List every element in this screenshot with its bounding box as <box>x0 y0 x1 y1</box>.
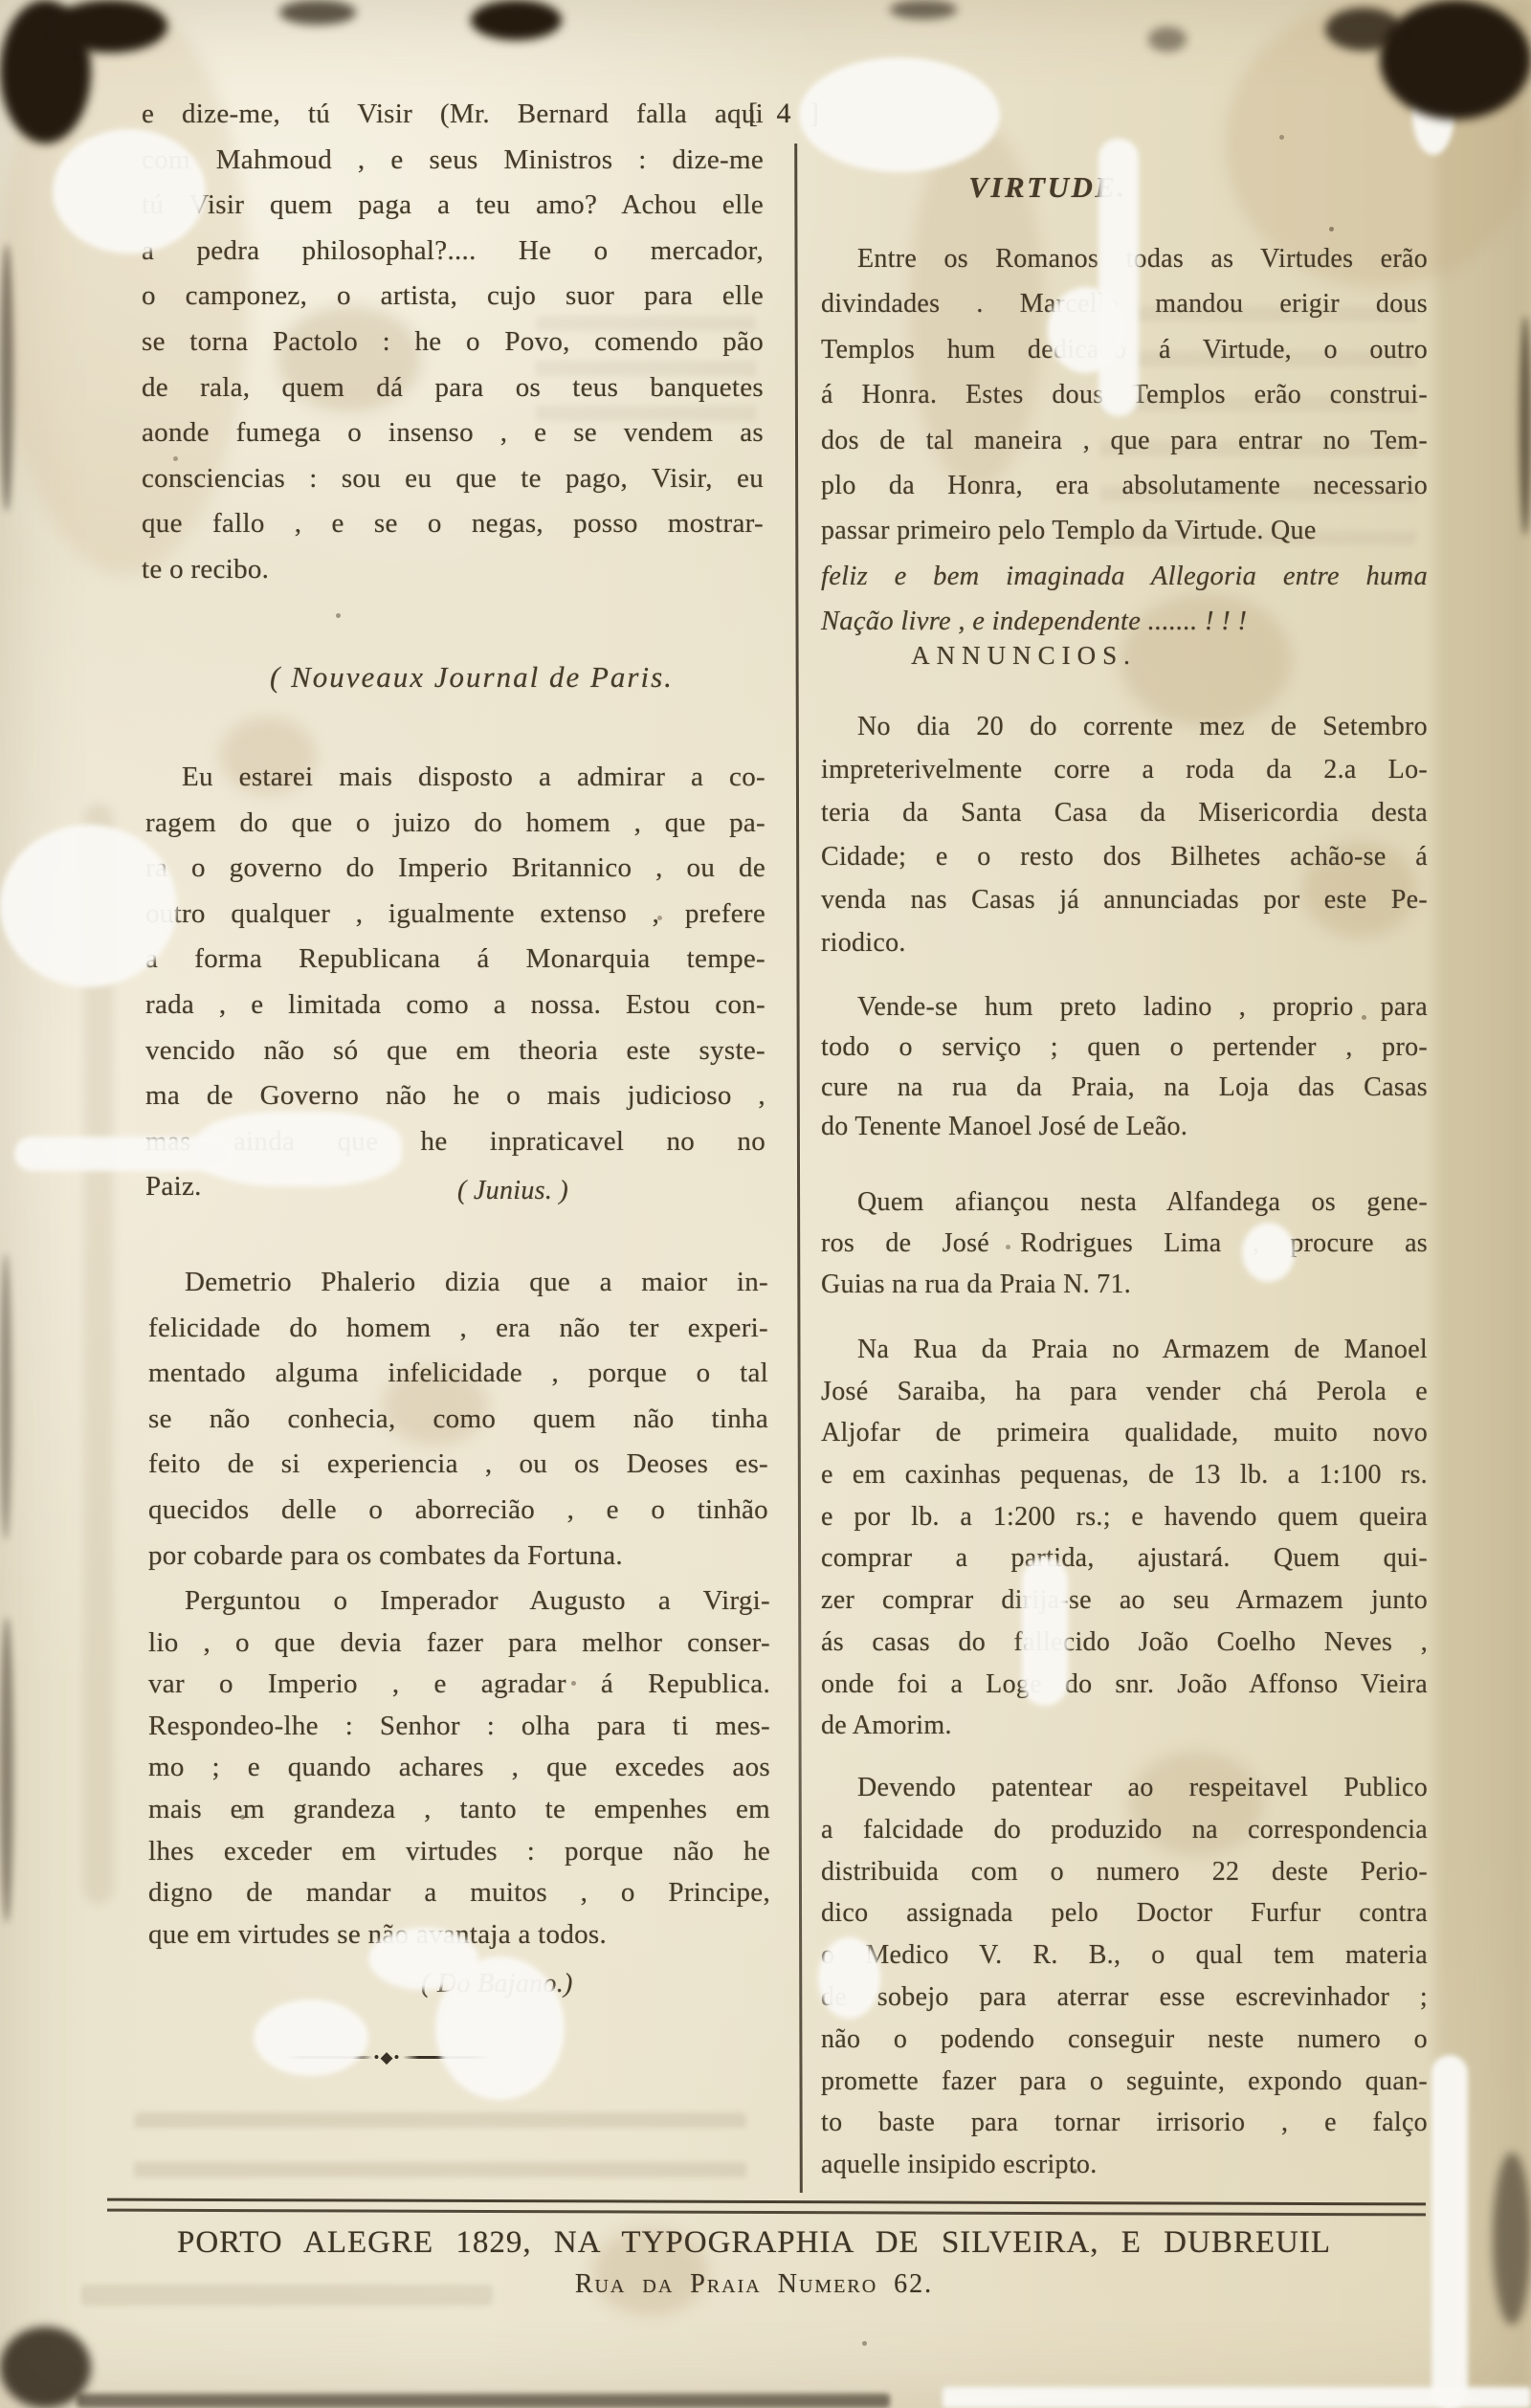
text-line: com Mahmoud , e seus Ministros : dize-me <box>142 138 764 184</box>
text-line: No dia 20 do corrente mez de Setembro <box>821 705 1428 748</box>
text-line: aquelle insipido escripto. <box>821 2144 1428 2186</box>
text-line: venda nas Casas já annunciadas por este … <box>821 878 1428 921</box>
text-line: e dize-me, tú Visir (Mr. Bernard falla a… <box>142 92 764 138</box>
text-line: todo o serviço ; quen o pertender , pro- <box>821 1027 1428 1068</box>
text-line: Guias na rua da Praia N. 71. <box>821 1264 1428 1305</box>
text-line: ás casas do fallecido João Coelho Neves … <box>821 1622 1428 1664</box>
left-para-demetrio-phalerio: Demetrio Phalerio dizia que a maior in-f… <box>148 1260 768 1579</box>
text-line: a falcidade do produzido na corresponden… <box>821 1809 1428 1851</box>
text-line: vencido não só que em theoria este syste… <box>145 1028 765 1074</box>
annuncio-cha-perola-armazem: Na Rua da Praia no Armazem de ManoelJosé… <box>821 1329 1428 1747</box>
text-line: de rala, quem dá para os teus banquetes <box>142 365 764 411</box>
text-line: passar primeiro pelo Templo da Virtude. … <box>821 508 1428 553</box>
text-line: e por lb. a 1:200 rs.; e havendo quem qu… <box>821 1496 1428 1538</box>
text-line: riodico. <box>821 921 1428 964</box>
ornament-rule-right <box>403 2056 491 2059</box>
annuncio-doctor-furfur-reply: Devendo patentear ao respeitavel Publico… <box>821 1767 1428 2186</box>
text-line: distribuida com o numero 22 deste Perio- <box>821 1851 1428 1893</box>
text-line: onde foi a Loge do snr. João Affonso Vie… <box>821 1664 1428 1706</box>
text-line: José Saraiba, ha para vender chá Perola … <box>821 1371 1428 1413</box>
text-line: tú Visir quem paga a teu amo? Achou elle <box>142 183 764 229</box>
text-line: por cobarde para os combates da Fortuna. <box>148 1534 768 1580</box>
text-line: feliz e bem imaginada Allegoria entre hu… <box>821 554 1428 599</box>
text-line: a forma Republicana á Monarquia tempe- <box>145 937 765 983</box>
annuncio-alfandega-guias: Quem afiançou nesta Alfandega os gene-ro… <box>821 1182 1428 1305</box>
text-line: consciencias : sou eu que te pago, Visir… <box>142 456 764 502</box>
text-line: zer comprar dirija-se ao seu Armazem jun… <box>821 1580 1428 1622</box>
annuncio-preto-ladino-sale: Vende-se hum preto ladino , proprio para… <box>821 987 1428 1147</box>
text-line: se torna Pactolo : he o Povo, comendo pã… <box>142 320 764 365</box>
citation-nouveaux-journal: ( Nouveaux Journal de Paris. <box>270 660 674 695</box>
text-line: se não conhecia, como quem não tinha <box>148 1397 768 1443</box>
text-line: o Medico V. R. B., o qual tem materia <box>821 1934 1428 1977</box>
text-line: Cidade; e o resto dos Bilhetes achão-se … <box>821 835 1428 878</box>
text-line: ragem do que o juizo do homem , que pa- <box>145 801 765 847</box>
citation-junius: ( Junius. ) <box>457 1176 568 1206</box>
text-line: Eu estarei mais disposto a admirar a co- <box>145 755 765 801</box>
text-line: quecidos delle o aborrecião , e o tinhão <box>148 1488 768 1534</box>
annuncio-lottery: No dia 20 do corrente mez de Setembroimp… <box>821 705 1428 964</box>
text-line: de Amorim. <box>821 1705 1428 1747</box>
text-line: mo ; e quando achares , que excedes aos <box>148 1747 770 1789</box>
footer-imprint-line2: Rua da Praia Numero 62. <box>142 2269 1366 2300</box>
ornament-diamond-glyph: •◆• <box>372 2049 403 2066</box>
text-line: Entre os Romanos todas as Virtudes erão <box>821 236 1428 281</box>
text-line: ros de José Rodrigues Lima , procure as <box>821 1223 1428 1264</box>
article-title-virtude: VIRTUDE. <box>842 170 1254 205</box>
text-line: lhes exceder em virtudes : porque não he <box>148 1831 770 1873</box>
text-line: dos de tal maneira , que para entrar no … <box>821 418 1428 463</box>
text-line: Vende-se hum preto ladino , proprio para <box>821 987 1428 1027</box>
left-para-mahmoud-visir: e dize-me, tú Visir (Mr. Bernard falla a… <box>142 92 764 593</box>
left-para-junius-quote: Eu estarei mais disposto a admirar a co-… <box>145 755 765 1210</box>
text-line: dico assignada pelo Doctor Furfur contra <box>821 1892 1428 1934</box>
text-line: Quem afiançou nesta Alfandega os gene- <box>821 1182 1428 1223</box>
text-line: mas ainda que he inpraticavel no no <box>145 1119 765 1165</box>
text-line: a pedra philosophal?.... He o mercador, <box>142 229 764 275</box>
text-line: outro qualquer , igualmente extenso , pr… <box>145 892 765 938</box>
citation-do-bajano: ( Do Bajano.) <box>421 1969 573 1999</box>
text-line: te o recibo. <box>142 547 764 593</box>
text-line: mentado alguma infelicidade , porque o t… <box>148 1351 768 1397</box>
text-line: to baste para tornar irrisorio , e falço <box>821 2102 1428 2144</box>
text-line: Respondeo-lhe : Senhor : olha para ti me… <box>148 1706 770 1748</box>
text-line: Na Rua da Praia no Armazem de Manoel <box>821 1329 1428 1371</box>
text-line: felicidade do homem , era não ter experi… <box>148 1306 768 1352</box>
text-line: rada , e limitada como a nossa. Estou co… <box>145 983 765 1028</box>
text-line: o camponez, o artista, cujo suor para el… <box>142 274 764 320</box>
text-line: ra o governo do Imperio Britannico , ou … <box>145 846 765 892</box>
text-line: promette fazer para o seguinte, expondo … <box>821 2061 1428 2103</box>
left-para-augusto-virgilio: Perguntou o Imperador Augusto a Virgi-li… <box>148 1580 770 1955</box>
text-line: divindades . Marcello mandou erigir dous <box>821 281 1428 326</box>
section-heading-annuncios: ANNUNCIOS. <box>818 641 1230 671</box>
text-line: Paiz. <box>145 1164 765 1210</box>
ornament-divider: •◆• <box>284 2049 490 2066</box>
text-line: aonde fumega o insenso , e se vendem as <box>142 410 764 456</box>
text-line: Templos hum dedicado á Virtude, o outro <box>821 327 1428 372</box>
ink-specks <box>0 0 3 3</box>
text-line: não o podendo conseguir neste numero o <box>821 2019 1428 2061</box>
text-line: Nação livre , e independente ....... ! !… <box>821 599 1428 644</box>
text-line: impreterivelmente corre a roda da 2.a Lo… <box>821 748 1428 791</box>
footer-imprint-line1: PORTO ALEGRE 1829, NA TYPOGRAPHIA DE SIL… <box>142 2225 1366 2261</box>
text-line: do Tenente Manoel José de Leão. <box>821 1107 1428 1147</box>
text-line: Perguntou o Imperador Augusto a Virgi- <box>148 1580 770 1623</box>
text-line: digno de mandar a muitos , o Principe, <box>148 1872 770 1914</box>
right-para-virtude: Entre os Romanos todas as Virtudes erãod… <box>821 236 1428 554</box>
text-line: mais em grandeza , tanto te empenhes em <box>148 1789 770 1831</box>
text-line: var o Imperio , e agradar á Republica. <box>148 1664 770 1706</box>
text-line: comprar a partida, ajustará. Quem qui- <box>821 1537 1428 1580</box>
text-line: lio , o que devia fazer para melhor cons… <box>148 1623 770 1665</box>
text-line: Devendo patentear ao respeitavel Publico <box>821 1767 1428 1809</box>
text-line: feito de si experiencia , ou os Deoses e… <box>148 1442 768 1488</box>
text-line: ma de Governo não he o mais judicioso , <box>145 1073 765 1119</box>
text-line: cure na rua da Praia, na Loja das Casas <box>821 1068 1428 1108</box>
text-line: que fallo , e se o negas, posso mostrar- <box>142 501 764 547</box>
text-line: Aljofar de primeira qualidade, muito nov… <box>821 1412 1428 1454</box>
text-line: de sobejo para aterrar esse escrevinhado… <box>821 1977 1428 2019</box>
right-para-virtude-italic: feliz e bem imaginada Allegoria entre hu… <box>821 554 1428 645</box>
text-line: teria da Santa Casa da Misericordia dest… <box>821 791 1428 834</box>
text-line: Demetrio Phalerio dizia que a maior in- <box>148 1260 768 1306</box>
ornament-rule-left <box>284 2056 372 2059</box>
text-line: que em virtudes se não avantaja a todos. <box>148 1914 770 1956</box>
text-line: e em caxinhas pequenas, de 13 lb. a 1:10… <box>821 1454 1428 1496</box>
text-line: á Honra. Estes dous Templos erão constru… <box>821 372 1428 417</box>
text-line: plo da Honra, era absolutamente necessar… <box>821 463 1428 508</box>
